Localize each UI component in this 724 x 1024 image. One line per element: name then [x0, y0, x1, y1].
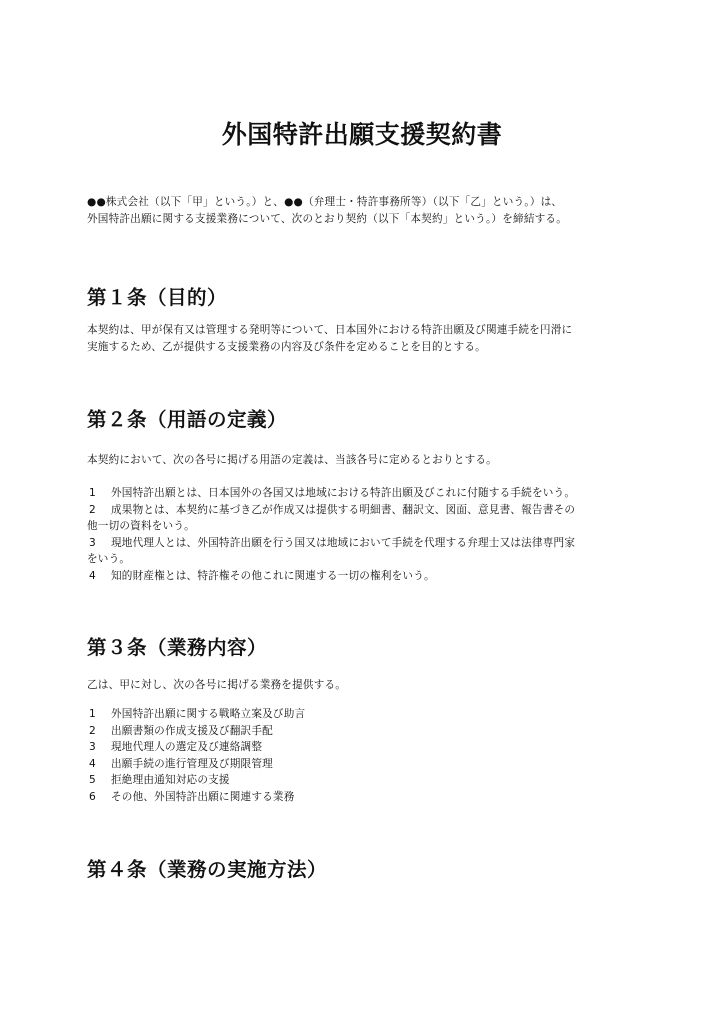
list-item: 5拒絶理由通知対応の支援 — [87, 772, 647, 789]
list-item: 3現地代理人の選定及び連絡調整 — [87, 739, 647, 756]
item-text-continued: をいう。 — [87, 553, 130, 565]
body-line: 本契約は、甲が保有又は管理する発明等について、日本国外における特許出願及び関連手… — [87, 324, 572, 336]
item-text: その他、外国特許出願に関連する業務 — [111, 791, 295, 803]
list-item: 6その他、外国特許出願に関連する業務 — [87, 789, 647, 806]
item-text: 出願書類の作成支援及び翻訳手配 — [111, 725, 273, 737]
item-number: 2 — [87, 502, 111, 519]
article-3-services-list: 1外国特許出願に関する戦略立案及び助言 2出願書類の作成支援及び翻訳手配 3現地… — [87, 706, 647, 805]
list-item: 2成果物とは、本契約に基づき乙が作成又は提供する明細書、翻訳文、図面、意見書、報… — [87, 502, 647, 535]
item-number: 5 — [87, 772, 111, 789]
item-number: 4 — [87, 568, 111, 585]
article-2-heading: 第２条（用語の定義） — [87, 406, 287, 434]
item-number: 6 — [87, 789, 111, 806]
article-3-heading: 第３条（業務内容） — [87, 634, 267, 662]
article-1-body: 本契約は、甲が保有又は管理する発明等について、日本国外における特許出願及び関連手… — [87, 322, 647, 356]
item-text: 外国特許出願とは、日本国外の各国又は地域における特許出願及びこれに付随する手続を… — [111, 487, 575, 499]
item-number: 3 — [87, 535, 111, 552]
preamble: ●●株式会社（以下「甲」という。）と、●●（弁理士・特許事務所等）（以下「乙」と… — [87, 194, 647, 228]
item-text: 出願手続の進行管理及び期限管理 — [111, 758, 273, 770]
list-item: 3現地代理人とは、外国特許出願を行う国又は地域において手続を代理する弁理士又は法… — [87, 535, 647, 568]
item-text: 現地代理人の選定及び連絡調整 — [111, 741, 262, 753]
item-text: 現地代理人とは、外国特許出願を行う国又は地域において手続を代理する弁理士又は法律… — [111, 537, 575, 549]
item-text: 外国特許出願に関する戦略立案及び助言 — [111, 708, 305, 720]
document-page: 外国特許出願支援契約書 ●●株式会社（以下「甲」という。）と、●●（弁理士・特許… — [0, 0, 724, 1024]
article-2-intro: 本契約において、次の各号に掲げる用語の定義は、当該各号に定めるとおりとする。 — [87, 452, 647, 469]
article-3-intro: 乙は、甲に対し、次の各号に掲げる業務を提供する。 — [87, 677, 647, 694]
document-title: 外国特許出願支援契約書 — [0, 118, 724, 152]
item-number: 1 — [87, 706, 111, 723]
preamble-line: 外国特許出願に関する支援業務について、次のとおり契約（以下「本契約」という。）を… — [87, 213, 567, 225]
item-number: 2 — [87, 723, 111, 740]
item-text-continued: 他一切の資料をいう。 — [87, 520, 195, 532]
list-item: 2出願書類の作成支援及び翻訳手配 — [87, 723, 647, 740]
item-number: 1 — [87, 485, 111, 502]
article-2-definitions-list: 1外国特許出願とは、日本国外の各国又は地域における特許出願及びこれに付随する手続… — [87, 485, 647, 584]
list-item: 1外国特許出願に関する戦略立案及び助言 — [87, 706, 647, 723]
list-item: 4知的財産権とは、特許権その他これに関連する一切の権利をいう。 — [87, 568, 647, 585]
list-item: 1外国特許出願とは、日本国外の各国又は地域における特許出願及びこれに付随する手続… — [87, 485, 647, 502]
item-text: 知的財産権とは、特許権その他これに関連する一切の権利をいう。 — [111, 570, 435, 582]
preamble-line: ●●株式会社（以下「甲」という。）と、●●（弁理士・特許事務所等）（以下「乙」と… — [87, 196, 562, 208]
item-number: 4 — [87, 756, 111, 773]
list-item: 4出願手続の進行管理及び期限管理 — [87, 756, 647, 773]
item-text: 成果物とは、本契約に基づき乙が作成又は提供する明細書、翻訳文、図面、意見書、報告… — [111, 504, 575, 516]
article-1-heading: 第１条（目的） — [87, 284, 227, 312]
article-4-heading: 第４条（業務の実施方法） — [87, 856, 327, 884]
item-number: 3 — [87, 739, 111, 756]
body-line: 実施するため、乙が提供する支援業務の内容及び条件を定めることを目的とする。 — [87, 341, 486, 353]
item-text: 拒絶理由通知対応の支援 — [111, 774, 230, 786]
